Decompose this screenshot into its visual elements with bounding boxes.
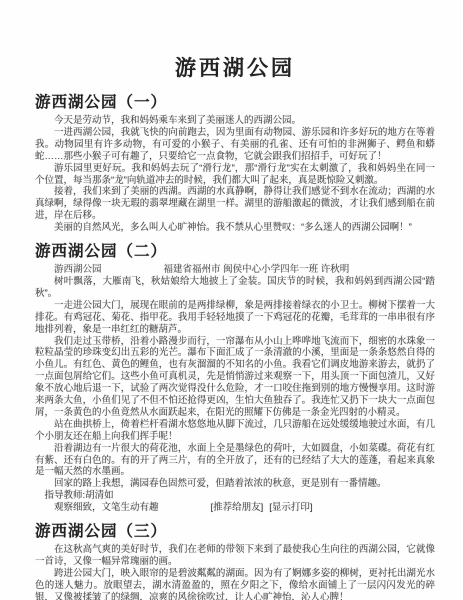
paragraph: 回家的路上我想，满园春色固然可爱，但踏着浓浓的秋意，更是别有一番情趣。 [35,478,435,490]
paragraph: 一走进公园大门，展现在眼前的是两排绿柳，象是两排接着绿衣的小卫士。柳树下摆着一大… [35,300,435,336]
show-print-link[interactable]: [显示打印] [269,502,312,513]
essay-page: 游西湖公园 游西湖公园（一） 今天是劳动节，我和妈妈乘车来到了美丽迷人的西湖公园… [0,0,463,600]
paragraph: 一进西湖公园，我就飞快的向前跑去，因为里面有动物园、游乐园和许多好玩的地方在等着… [35,127,435,163]
paragraph: 美丽的自然风光，多么叫人心旷神怡。我不禁从心里赞叹：“多么迷人的西湖公园啊！” [35,222,435,234]
byline: 游西湖公园福建省福州市 闽侯中心小学四年一班 许秋明 [35,264,435,276]
byline-author: 福建省福州市 闽侯中心小学四年一班 许秋明 [164,264,350,275]
section-1-body: 今天是劳动节，我和妈妈乘车来到了美丽迷人的西湖公园。 一进西湖公园，我就飞快的向… [35,115,435,234]
paragraph: 树叶飘落，大雁南飞，秋姑娘给大地披上了金装。国庆节的时候，我和妈妈到西湖公园“踏… [35,276,435,300]
paragraph: 我们走过玉带桥，沿着小路漫步而行，一帘瀑布从小山上哗哗地飞流而下，细密的水珠象一… [35,336,435,419]
byline-essay-title: 游西湖公园 [54,264,102,275]
paragraph: 跨进公园大门，映入眼帘的是碧波粼粼的湖面。因为有了婀娜多姿的柳树，更衬托出湖光水… [35,568,435,600]
paragraph: 今天是劳动节，我和妈妈乘车来到了美丽迷人的西湖公园。 [35,115,435,127]
action-links: [推荐给朋友][显示打印] [211,502,319,513]
comment-row: 观察细致，文笔生动有趣[推荐给朋友][显示打印] [35,502,435,514]
paragraph: 接着，我们来到了美丽的西湖。西湖的水真静啊，静得让我们感觉不到水在流动；西湖的水… [35,186,435,222]
teacher-comment: 观察细致，文笔生动有趣 [54,502,159,513]
section-1-heading: 游西湖公园（一） [35,90,435,112]
paragraph: 在这秋高气爽的美好时节，我们在老师的带领下来到了最使我心生向往的西湖公园，它就像… [35,544,435,568]
section-3-body: 在这秋高气爽的美好时节，我们在老师的带领下来到了最使我心生向往的西湖公园，它就像… [35,544,435,600]
section-3-heading: 游西湖公园（三） [35,519,435,541]
section-2-body: 树叶飘落，大雁南飞，秋姑娘给大地披上了金装。国庆节的时候，我和妈妈到西湖公园“踏… [35,276,435,502]
paragraph: 沿着湖边有一片很大的荷花池，水面上全是墨绿色的荷叶，大如圆盘，小如菜碟。荷花有红… [35,443,435,479]
paragraph: 游乐园里更好玩。我和妈妈去玩了“滑行龙”，那“滑行龙”实在太刺激了，我和妈妈坐在… [35,163,435,187]
teacher-credit: 指导教师:胡清如 [35,490,435,502]
recommend-to-friend-link[interactable]: [推荐给朋友] [211,502,264,513]
page-title: 游西湖公园 [35,52,435,82]
paragraph: 站在曲拱桥上，倚着栏杆看湖水悠悠地从脚下流过，几只游船在远处缓缓地驶过水面，有几… [35,419,435,443]
section-2-heading: 游西湖公园（二） [35,239,435,261]
